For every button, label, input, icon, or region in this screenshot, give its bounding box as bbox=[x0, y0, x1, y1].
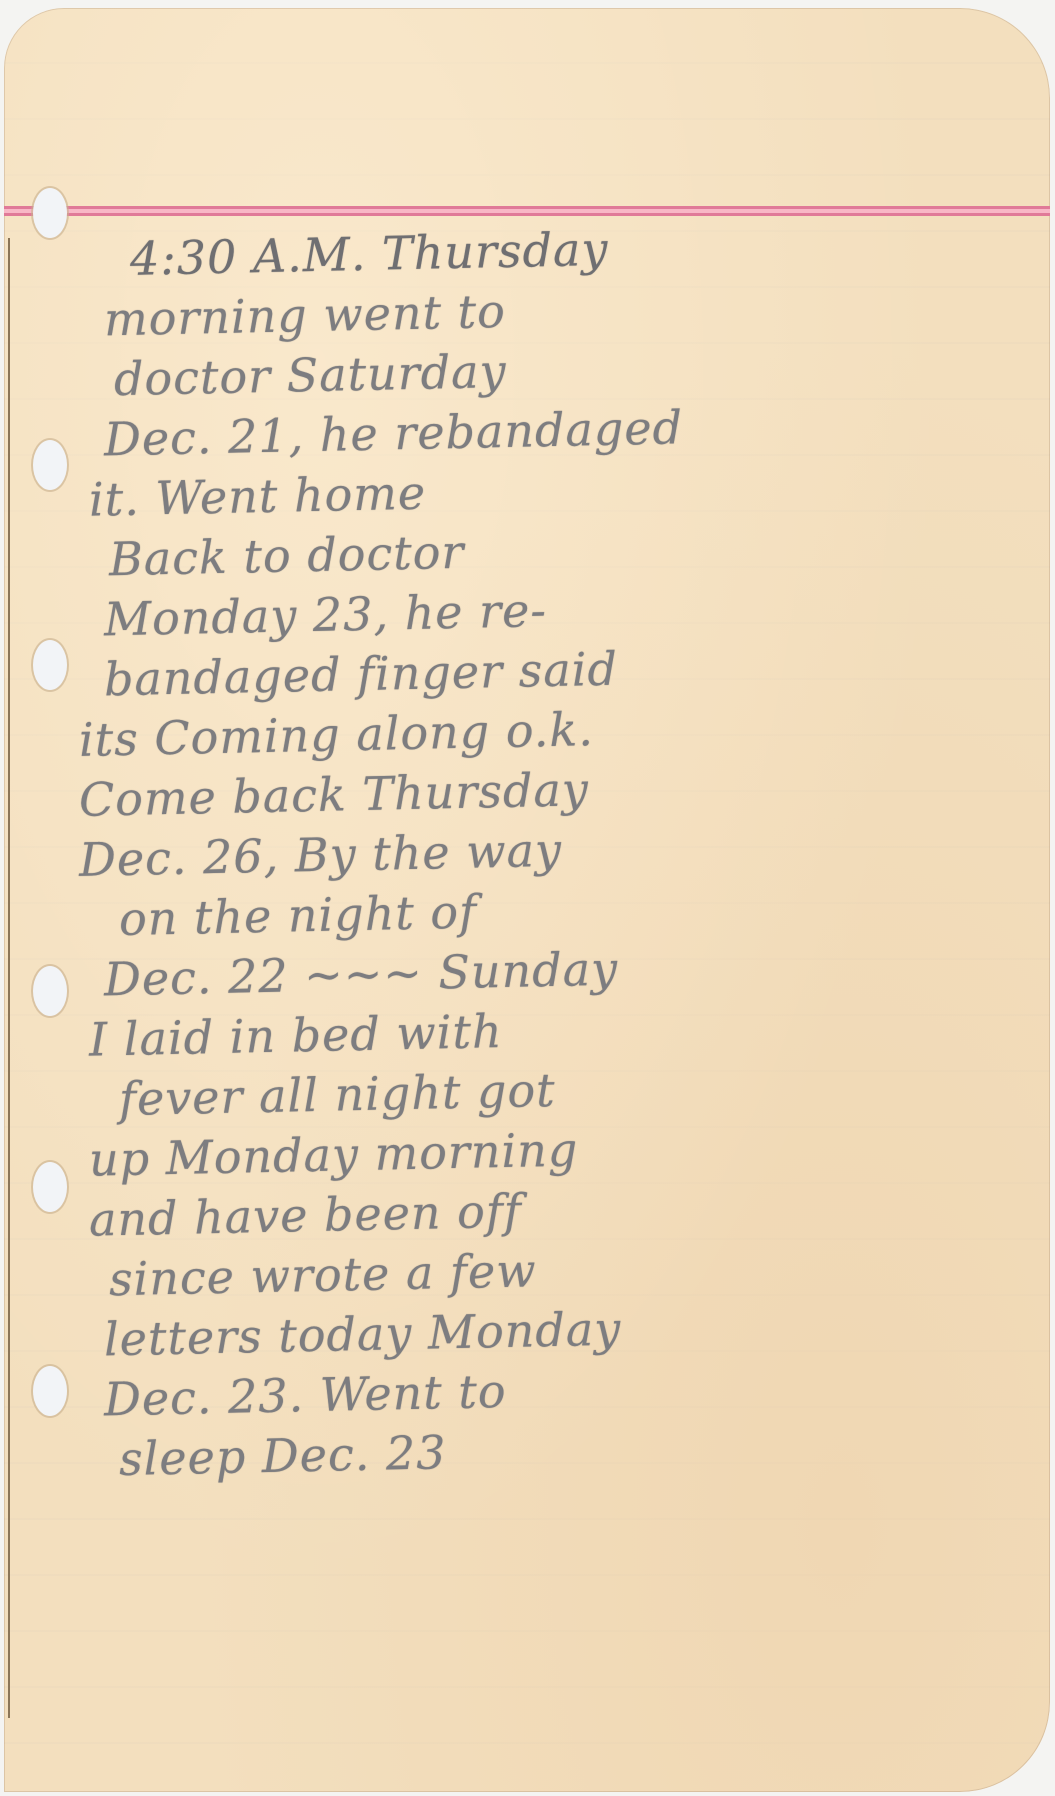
binder-hole-icon bbox=[33, 188, 67, 238]
binder-hole-icon bbox=[33, 966, 67, 1016]
binder-hole-icon bbox=[33, 440, 67, 490]
diary-page: 4:30 A.M. Thursday morning went to docto… bbox=[4, 8, 1050, 1792]
page-edge-shadow bbox=[8, 238, 10, 1718]
handwritten-entry: 4:30 A.M. Thursday morning went to docto… bbox=[74, 230, 1034, 1490]
binder-hole-icon bbox=[33, 640, 67, 690]
binder-hole-icon bbox=[33, 1162, 67, 1212]
binder-hole-icon bbox=[33, 1366, 67, 1416]
